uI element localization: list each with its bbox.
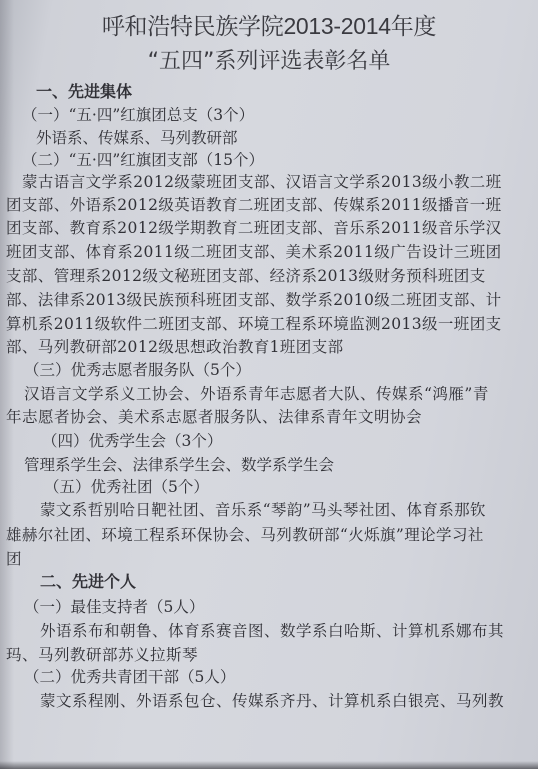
section-heading-individuals: 二、先进个人 [40,572,136,592]
list-line: 算机系2011级软件二班团支部、环境工程系环境监测2013级一班团支 [6,314,502,334]
document-title: 呼和浩特民族学院2013-2014年度 [0,8,538,41]
subsection-heading: （三）优秀志愿者服务队（5个） [24,360,251,380]
subsection-heading: （一）最佳支持者（5人） [24,597,204,617]
subsection-heading: （五）优秀社团（5个） [44,477,209,497]
list-line: 外语系布和朝鲁、体育系赛音图、数学系白哈斯、计算机系娜布其 [40,621,504,641]
list-line: 年志愿者协会、美术系志愿者服务队、法律系青年文明协会 [6,407,422,427]
list-line: 部、马列教研部2012级思想政治教育1班团支部 [6,337,344,357]
list-line: 雄赫尔社团、环境工程系环保协会、马列教研部“火烁旗”理论学习社 [6,525,484,545]
list-line: 蒙文系程刚、外语系包仓、传媒系齐丹、计算机系白银亮、马列教 [40,691,504,711]
document-subtitle: “五四”系列评选表彰名单 [0,44,538,75]
list-line: 班团支部、体育系2011级二班团支部、美术系2011级广告设计三班团 [6,242,502,262]
subsection-heading: （二）优秀共青团干部（5人） [24,667,235,687]
list-line: 支部、管理系2012级文秘班团支部、经济系2013级财务预科班团支 [6,266,486,286]
list-line: 团支部、教育系2012级学期教育二班团支部、音乐系2011级音乐学汉 [6,218,502,238]
subsection-heading: （四）优秀学生会（3个） [42,431,222,451]
list-line: 汉语言文学系义工协会、外语系青年志愿者大队、传媒系“鸿雁”青 [24,384,489,404]
list-line: 管理系学生会、法律系学生会、数学系学生会 [24,455,334,475]
document-page: 呼和浩特民族学院2013-2014年度 “五四”系列评选表彰名单 一、先进集体 … [0,0,538,769]
section-heading-collectives: 一、先进集体 [36,82,132,102]
page-shadow-bottom [0,761,538,769]
subsection-heading: （一）“五·四”红旗团总支（3个） [22,105,254,125]
subsection-heading: （二）“五·四”红旗团支部（15个） [22,150,264,170]
list-line: 玛、马列教研部苏义拉斯琴 [6,645,198,665]
list-line: 团 [6,549,22,569]
list-line: 部、法律系2013级民族预科班团支部、数学系2010级二班团支部、计 [6,290,502,310]
list-line: 蒙古语言文学系2012级蒙班团支部、汉语言文学系2013级小教二班 [22,172,502,192]
list-line: 外语系、传媒系、马列教研部 [36,128,238,148]
list-line: 团支部、外语系2012级英语教育二班团支部、传媒系2011级播音一班 [6,195,502,215]
list-line: 蒙文系哲别哈日靶社团、音乐系“琴韵”马头琴社团、体育系那钦 [40,500,486,520]
